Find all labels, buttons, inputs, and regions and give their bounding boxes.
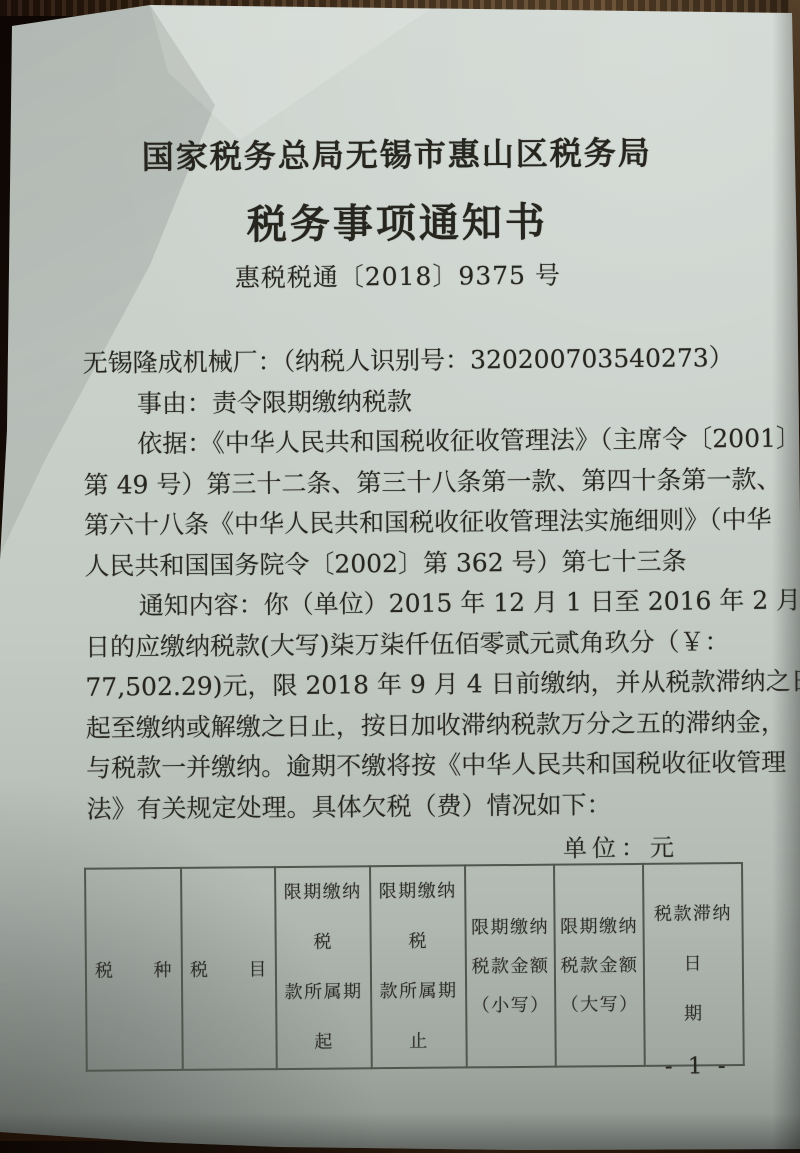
tax-table-header-row: 税 种 税 目 限期缴纳税 款所属期起 限期缴纳税 款所属期止 限期缴纳 税款金… <box>85 863 744 1071</box>
tax-table: 税 种 税 目 限期缴纳税 款所属期起 限期缴纳税 款所属期止 限期缴纳 税款金… <box>84 862 745 1072</box>
header-period-end: 限期缴纳税 款所属期止 <box>370 865 467 1068</box>
basis-line: 人民共和国国务院令〔2002〕第 362 号）第七十三条 <box>84 541 738 587</box>
content-line: 日的应缴纳税款(大写)柒万柒仟伍佰零贰元贰角玖分（￥： <box>85 622 739 668</box>
header-overdue-date: 税款滞纳日 期 <box>643 863 744 1066</box>
document-title: 税务事项通知书 <box>0 189 798 253</box>
photo-background: 国家税务总局无锡市惠山区税务局 税务事项通知书 惠税税通〔2018〕9375 号… <box>0 0 800 1153</box>
header-tax-item: 税 目 <box>181 867 277 1070</box>
org-title: 国家税务总局无锡市惠山区税务局 <box>0 127 797 180</box>
content-line: 77,502.29)元，限 2018 年 9 月 4 日前缴纳，并从税款滞纳之日 <box>85 662 739 708</box>
unit-label: 单位：元 <box>563 828 679 864</box>
header-amount-numeric: 限期缴纳 税款金额 （小写） <box>465 865 556 1068</box>
paper-sheet: 国家税务总局无锡市惠山区税务局 税务事项通知书 惠税税通〔2018〕9375 号… <box>0 0 800 1153</box>
content-line: 起至缴纳或解缴之日止，按日加收滞纳税款万分之五的滞纳金， <box>86 703 740 749</box>
header-tax-type: 税 种 <box>85 868 183 1071</box>
basis-line: 第 49 号）第三十二条、第三十八条第一款、第四十条第一款、 <box>84 460 738 506</box>
basis-line: 依据：《中华人民共和国税收征收管理法》（主席令〔2001〕 <box>83 419 737 465</box>
document-content: 国家税务总局无锡市惠山区税务局 税务事项通知书 惠税税通〔2018〕9375 号… <box>0 0 800 1153</box>
header-amount-words: 限期缴纳 税款金额 （大写） <box>554 864 645 1067</box>
page-number: - 1 - <box>665 1053 730 1080</box>
body-text: 无锡隆成机械厂：（纳税人识别号：320200703540273） 事由：责令限期… <box>82 338 740 830</box>
content-line: 法》有关规定处理。具体欠税（费）情况如下： <box>86 784 740 830</box>
subject-line: 事由：责令限期缴纳税款 <box>83 379 737 425</box>
content-line: 通知内容：你（单位）2015 年 12 月 1 日至 2016 年 2 月 29 <box>85 581 739 627</box>
content-line: 与税款一并缴纳。逾期不缴将按《中华人民共和国税收征收管理 <box>86 743 740 789</box>
document-number: 惠税税通〔2018〕9375 号 <box>0 254 798 297</box>
basis-line: 第六十八条《中华人民共和国税收征收管理法实施细则》（中华 <box>84 500 738 546</box>
header-period-start: 限期缴纳税 款所属期起 <box>275 866 372 1069</box>
recipient-line: 无锡隆成机械厂：（纳税人识别号：320200703540273） <box>82 338 736 384</box>
